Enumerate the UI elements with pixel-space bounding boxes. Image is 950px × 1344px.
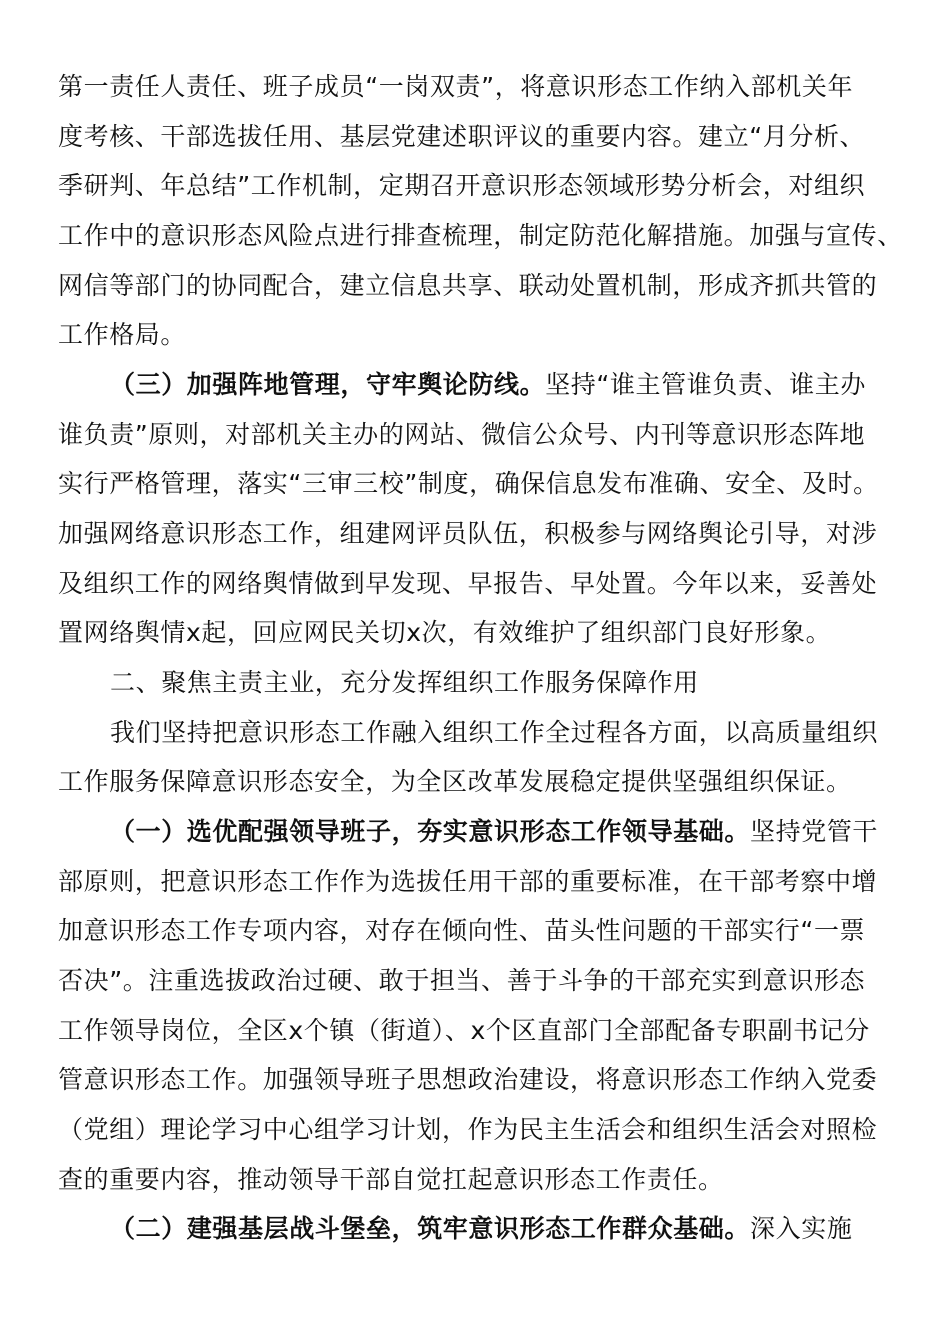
text-line: 实行严格管理，落实“三审三校”制度，确保信息发布准确、安全、及时。: [58, 469, 888, 499]
document-page: 第一责任人责任、班子成员“一岗双责”，将意识形态工作纳入部机关年 度考核、干部选…: [0, 0, 950, 1344]
text-line: 我们坚持把意识形态工作融入组织工作全过程各方面，以高质量组织: [110, 718, 940, 748]
text-line: 工作中的意识形态风险点进行排查梳理，制定防范化解措施。加强与宣传、: [58, 221, 888, 251]
text-run: 坚持“谁主管谁负责、谁主办: [545, 370, 866, 399]
text-line: 度考核、干部选拔任用、基层党建述职评议的重要内容。建立“月分析、: [58, 122, 888, 152]
text-line: 网信等部门的协同配合，建立信息共享、联动处置机制，形成齐抓共管的: [58, 271, 888, 301]
section-heading-line: （二）建强基层战斗堡垒，筑牢意识形态工作群众基础。深入实施: [110, 1214, 940, 1244]
chapter-heading: 二、聚焦主责主业，充分发挥组织工作服务保障作用: [110, 668, 940, 698]
text-run: 深入实施: [750, 1214, 852, 1243]
text-line: 加强网络意识形态工作，组建网评员队伍，积极参与网络舆论引导，对涉: [58, 519, 888, 549]
text-line: 部原则，把意识形态工作作为选拔任用干部的重要标准，在干部考察中增: [58, 867, 888, 897]
text-line: 谁负责”原则，对部机关主办的网站、微信公众号、内刊等意识形态阵地: [58, 420, 888, 450]
text-line: 置网络舆情x起，回应网民关切x次，有效维护了组织部门良好形象。: [58, 618, 888, 648]
section-heading-line: （三）加强阵地管理，守牢舆论防线。坚持“谁主管谁负责、谁主办: [110, 370, 940, 400]
section-heading-line: （一）选优配强领导班子，夯实意识形态工作领导基础。坚持党管干: [110, 817, 940, 847]
section-heading: （二）建强基层战斗堡垒，筑牢意识形态工作群众基础。: [110, 1214, 750, 1243]
text-line: 否决”。注重选拔政治过硬、敢于担当、善于斗争的干部充实到意识形态: [58, 966, 888, 996]
text-line: 工作领导岗位，全区x个镇（街道）、x个区直部门全部配备专职副书记分: [58, 1016, 888, 1046]
text-line: （党组）理论学习中心组学习计划，作为民主生活会和组织生活会对照检: [58, 1115, 888, 1145]
text-line: 查的重要内容，推动领导干部自觉扛起意识形态工作责任。: [58, 1165, 888, 1195]
text-run: 坚持党管干: [750, 817, 878, 846]
text-line: 季研判、年总结”工作机制，定期召开意识形态领域形势分析会，对组织: [58, 171, 888, 201]
text-line: 管意识形态工作。加强领导班子思想政治建设，将意识形态工作纳入党委: [58, 1065, 888, 1095]
text-line: 及组织工作的网络舆情做到早发现、早报告、早处置。今年以来，妥善处: [58, 569, 888, 599]
text-line: 工作格局。: [58, 320, 888, 350]
text-line: 第一责任人责任、班子成员“一岗双责”，将意识形态工作纳入部机关年: [58, 72, 888, 102]
text-line: 工作服务保障意识形态安全，为全区改革发展稳定提供坚强组织保证。: [58, 767, 888, 797]
section-heading: （一）选优配强领导班子，夯实意识形态工作领导基础。: [110, 817, 750, 846]
text-line: 加意识形态工作专项内容，对存在倾向性、苗头性问题的干部实行“一票: [58, 916, 888, 946]
section-heading: （三）加强阵地管理，守牢舆论防线。: [110, 370, 545, 399]
